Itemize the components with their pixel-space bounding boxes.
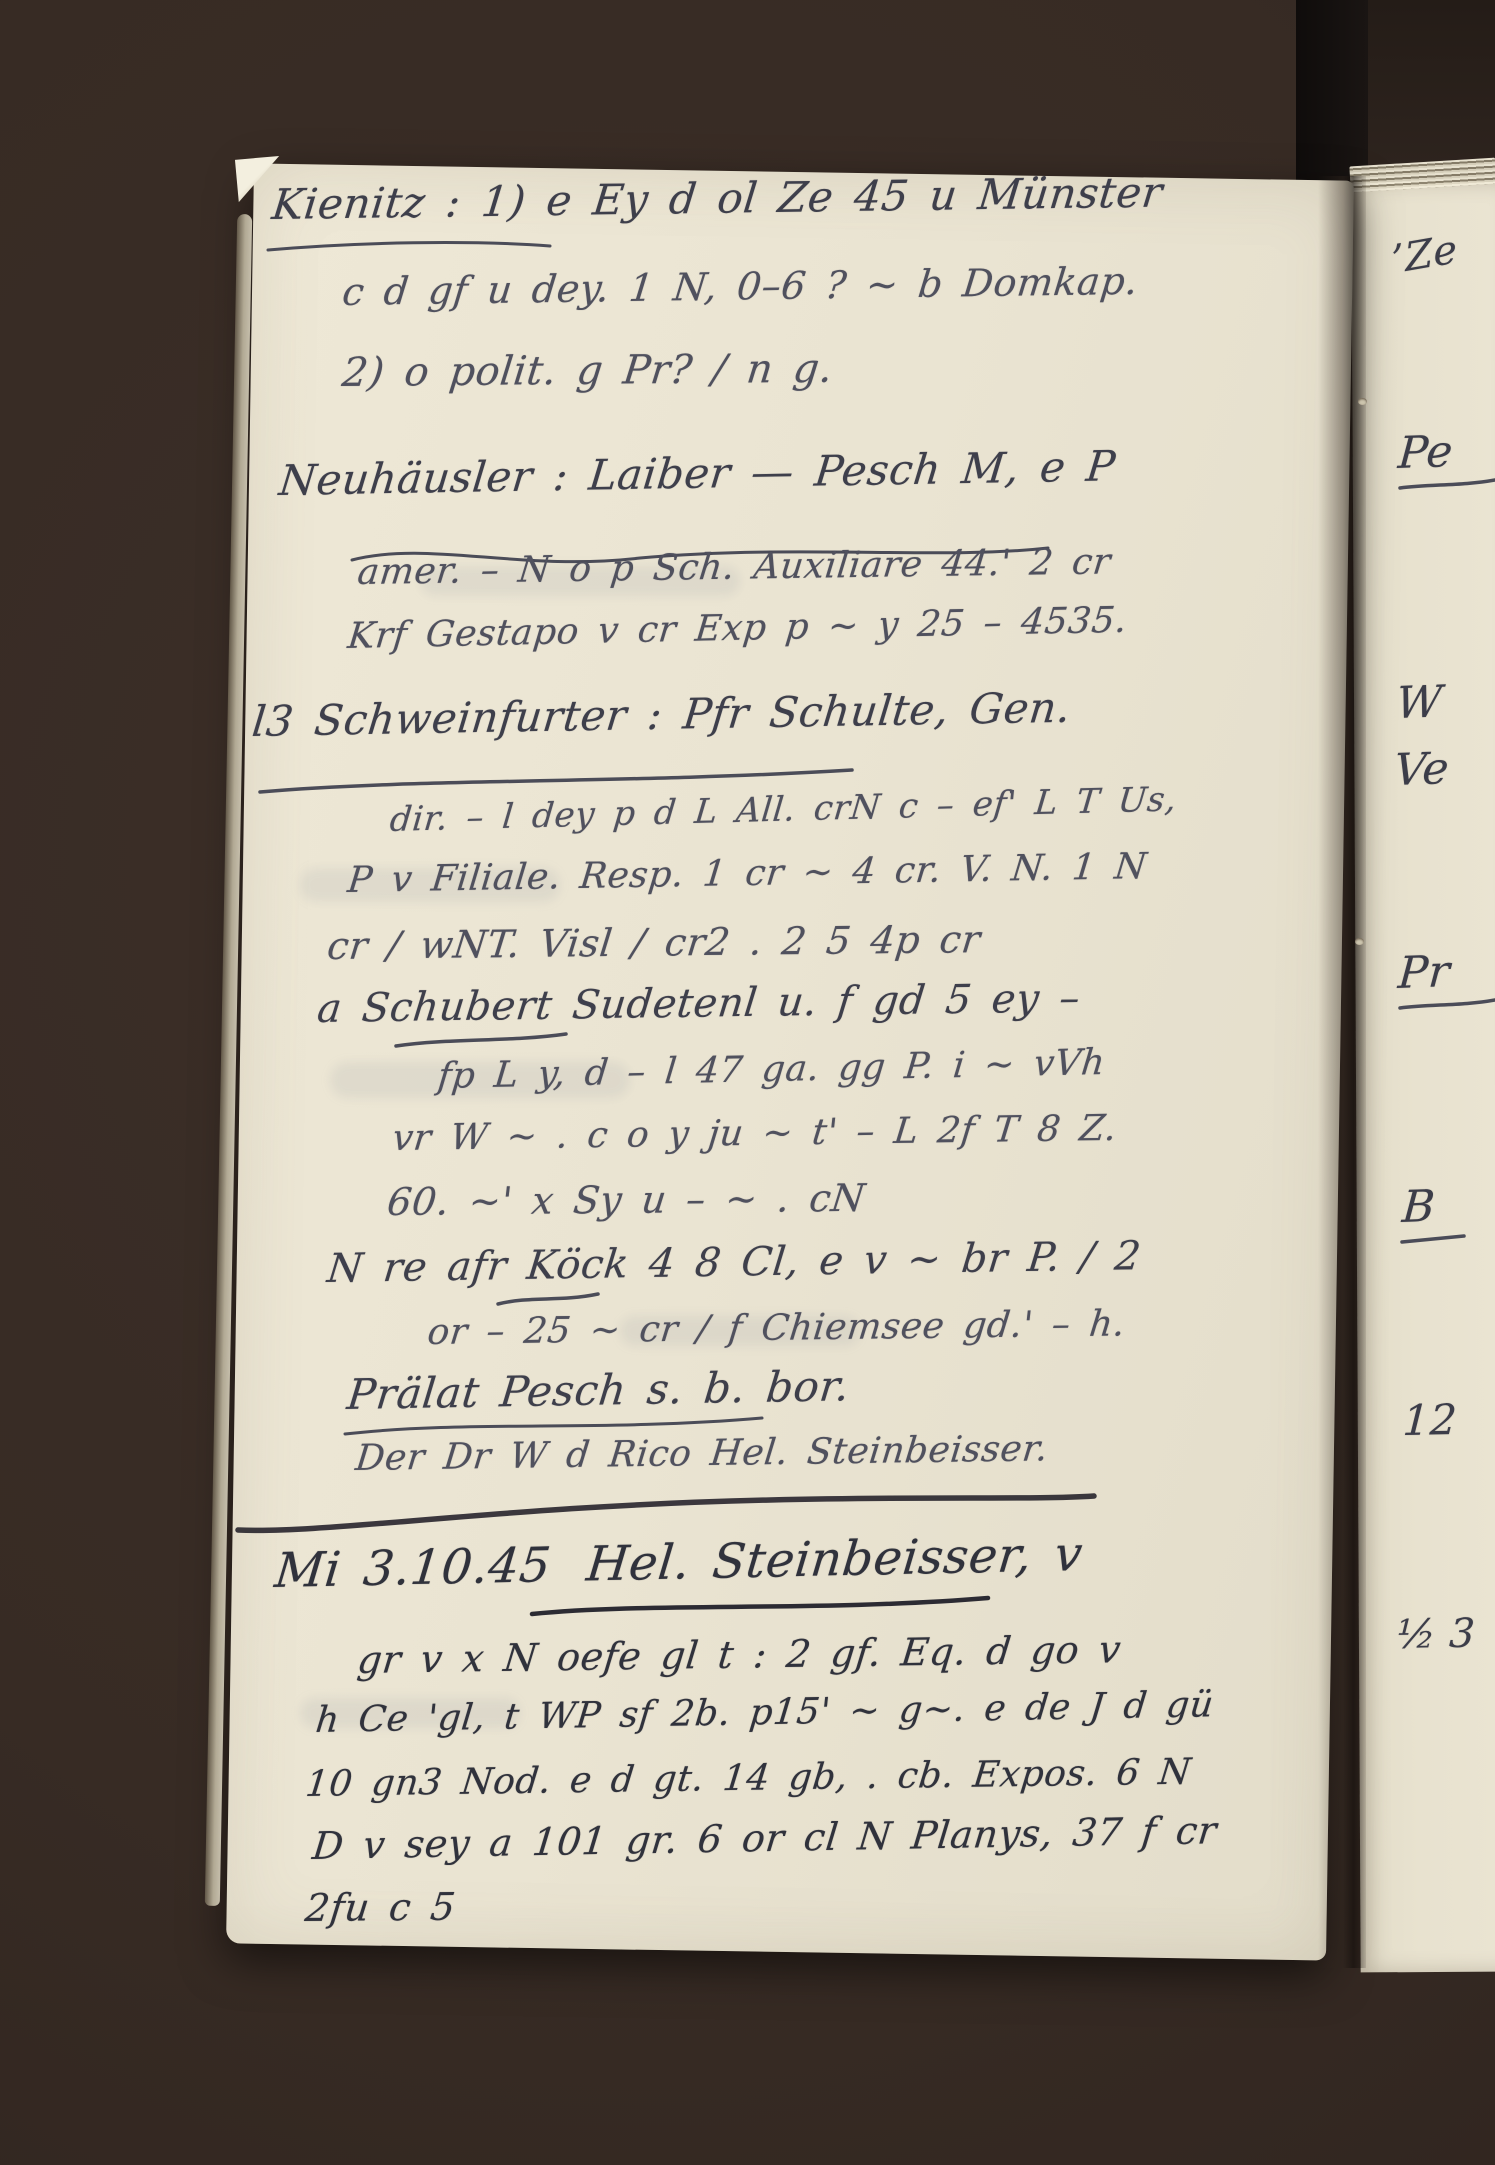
handwriting-line: or – 25 ~ cr / f Chiemsee gd.' – h. (425, 1303, 1127, 1353)
facing-page-fragment: B (1400, 1181, 1437, 1233)
stitch-hole (1355, 938, 1364, 945)
handwriting-line: Prälat Pesch s. b. bor. (345, 1361, 852, 1419)
handwriting-line: 60. ~' x Sy u – ~ . cN (385, 1176, 868, 1224)
stitch-hole (1358, 398, 1367, 405)
facing-page-fragment-time: ½ 3 (1396, 1611, 1477, 1658)
facing-page-fragment-time: 12 (1401, 1395, 1458, 1445)
entry-person-name: Hel. Steinbeisser, v (584, 1526, 1085, 1592)
diary-photo: { "colors": { "backdrop": "#372b24", "pa… (0, 0, 1495, 2165)
handwriting-line: 2fu c 5 (303, 1885, 458, 1930)
entry-date: Mi 3.10.45 (272, 1537, 553, 1599)
handwriting-line: 2) o polit. g Pr? / n g. (340, 346, 836, 396)
facing-page-fragment: W (1394, 676, 1443, 729)
facing-page-fragment: Pr (1396, 946, 1451, 999)
facing-page-fragment: Pe (1396, 426, 1454, 479)
handwriting-line: cr / wNT. Visl / cr2 . 2 5 4p cr (325, 917, 983, 968)
gutter-fold-shadow (1318, 176, 1366, 1968)
facing-page-fragment: Ve (1392, 743, 1451, 796)
